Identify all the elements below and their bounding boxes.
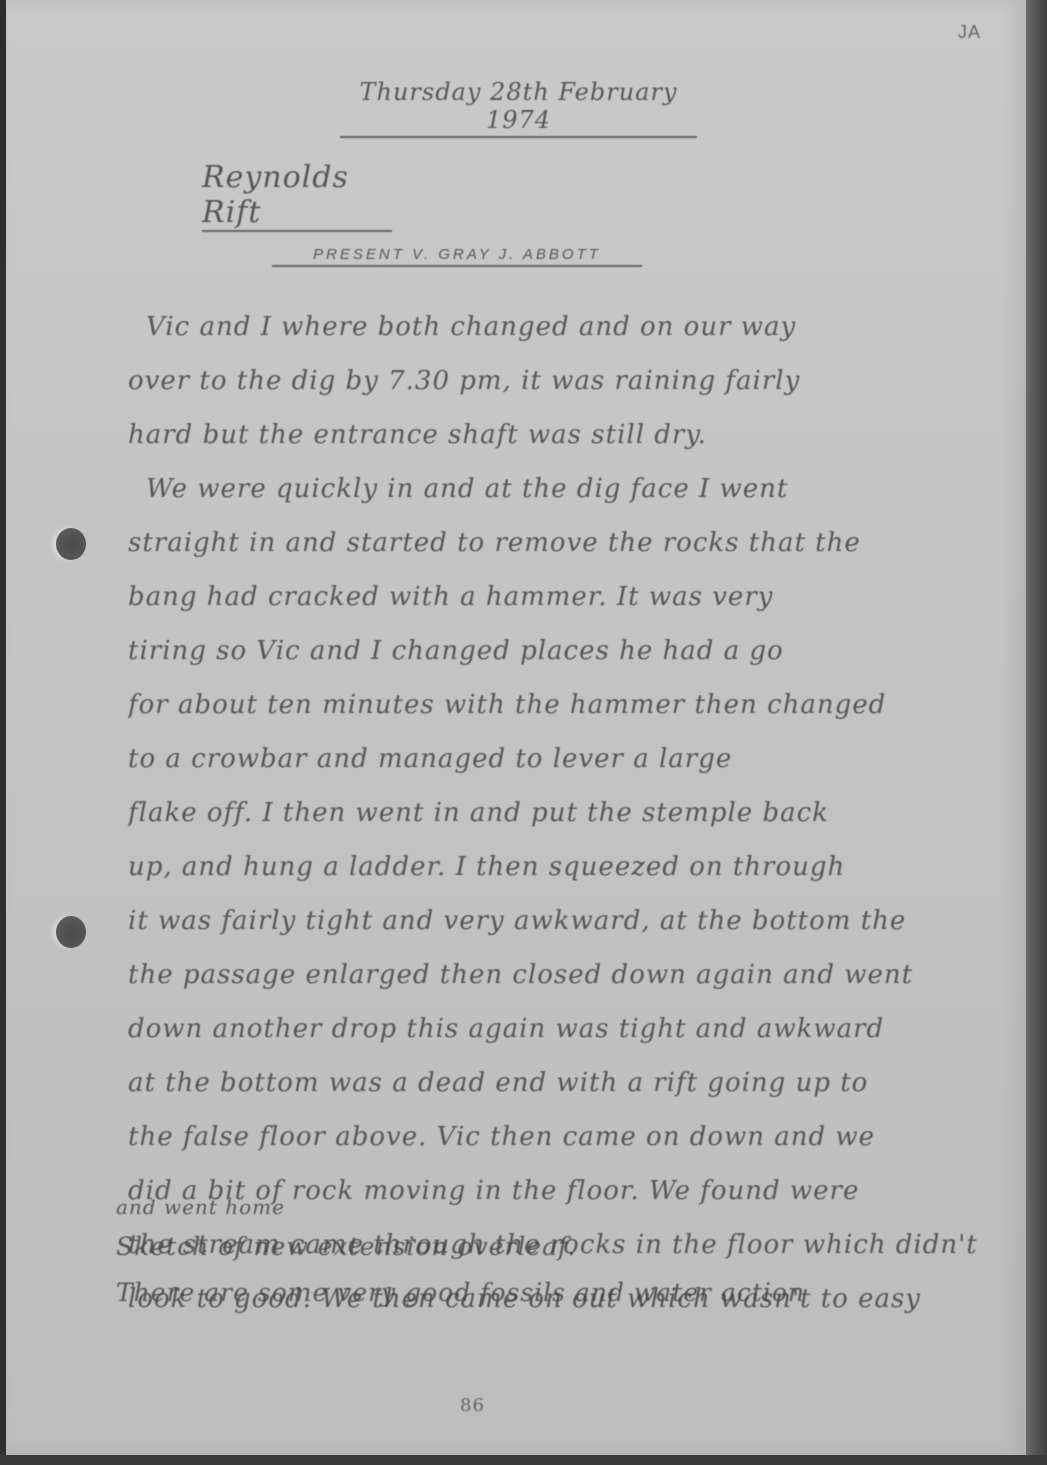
body-line: the false floor above. Vic then came on … [128,1110,998,1164]
body-line: at the bottom was a dead end with a rift… [128,1056,998,1110]
body-line: the passage enlarged then closed down ag… [128,948,998,1002]
punch-hole-upper [56,528,86,560]
page-number: 86 [460,1395,485,1416]
body-line: straight in and started to remove the ro… [128,516,998,570]
author-initials: JA [958,22,981,43]
body-line: tiring so Vic and I changed places he ha… [128,624,998,678]
body-line: and went home [116,1190,996,1224]
log-trailer: and went home Sketch of new extension ov… [116,1190,996,1316]
body-line: bang had cracked with a hammer. It was v… [128,570,998,624]
body-line: We were quickly in and at the dig face I… [128,462,998,516]
site-heading: Reynolds Rift [202,160,392,232]
body-line: to a crowbar and managed to lever a larg… [128,732,998,786]
body-line: over to the dig by 7.30 pm, it was raini… [128,354,998,408]
entry-date: Thursday 28th February 1974 [340,78,697,138]
body-line: down another drop this again was tight a… [128,1002,998,1056]
body-line: for about ten minutes with the hammer th… [128,678,998,732]
body-line: Vic and I where both changed and on our … [128,300,998,354]
punch-hole-lower [56,916,86,948]
body-line: it was fairly tight and very awkward, at… [128,894,998,948]
sketch-note: Sketch of new extension overleaf. [116,1224,996,1270]
body-line: up, and hung a ladder. I then squeezed o… [128,840,998,894]
scan-bottom-edge [0,1455,1047,1465]
body-line: There are some very good fossils and wat… [116,1270,996,1316]
log-body: Vic and I where both changed and on our … [128,300,998,1326]
present-list: PRESENT V. GRAY J. ABBOTT [272,246,642,267]
body-line: hard but the entrance shaft was still dr… [128,408,998,462]
body-line: flake off. I then went in and put the st… [128,786,998,840]
scan-right-edge [1026,0,1047,1465]
